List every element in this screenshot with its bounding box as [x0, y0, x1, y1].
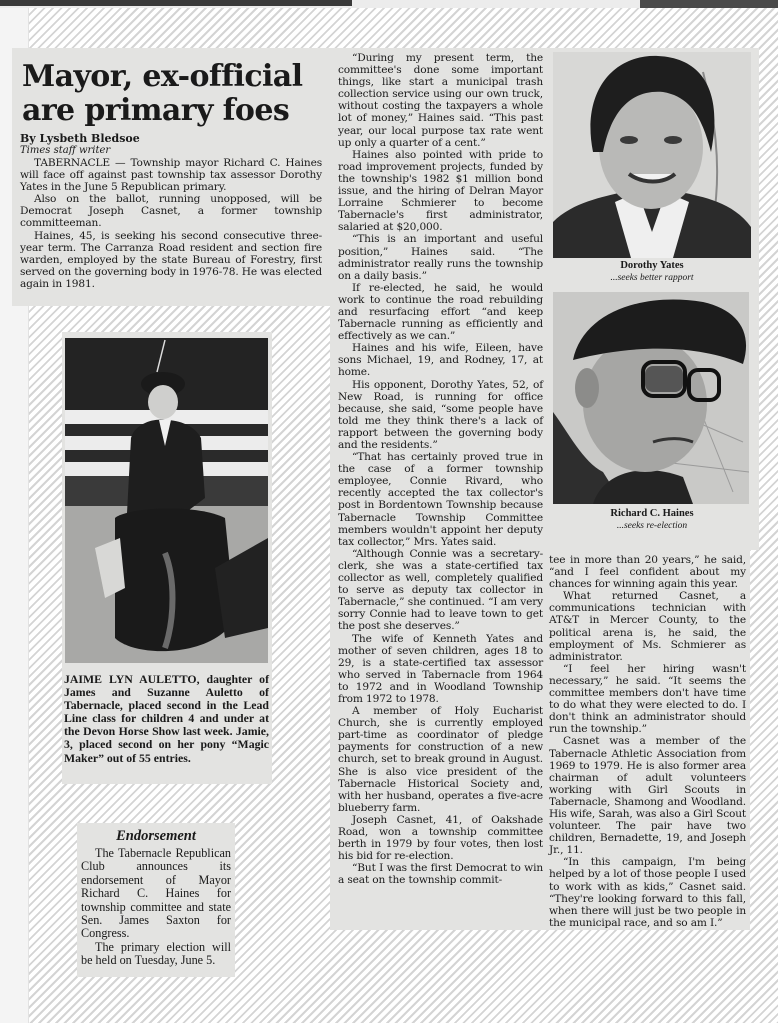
- paragraph: Also on the ballot, running unopposed, w…: [20, 193, 322, 229]
- adjacent-clipping-edge: [0, 0, 352, 6]
- horse-show-photo: [65, 338, 268, 663]
- article-column-3: tee in more than 20 years,” he said, “an…: [549, 554, 746, 929]
- endorsement-clipping: Endorsement The Tabernacle Republican Cl…: [77, 823, 235, 977]
- paragraph: TABERNACLE — Township mayor Richard C. H…: [20, 157, 322, 193]
- yates-photo-clipping: Dorothy Yates ...seeks better rapport: [545, 48, 759, 288]
- adjacent-clipping-edge: [640, 0, 778, 8]
- photo-caption-name: Richard C. Haines: [545, 508, 759, 519]
- article-column-3-clipping: tee in more than 20 years,” he said, “an…: [545, 550, 750, 930]
- paragraph: What returned Casnet, a communications t…: [549, 590, 746, 663]
- paragraph: “But I was the first Democrat to win a s…: [338, 862, 543, 886]
- paragraph: Haines also pointed with pride to road i…: [338, 149, 543, 234]
- paragraph: The Tabernacle Republican Club announces…: [81, 847, 231, 941]
- haines-photo-clipping: Richard C. Haines ...seeks re-election: [545, 288, 759, 550]
- paragraph: “Although Connie was a secretary-clerk, …: [338, 548, 543, 633]
- byline: By Lysbeth Bledsoe: [20, 132, 322, 145]
- endorsement-text: The Tabernacle Republican Club announces…: [81, 847, 231, 968]
- headline-line-1: Mayor, ex-official: [22, 60, 322, 94]
- article-column-2: “During my present term, the committee's…: [338, 52, 543, 886]
- endorsement-title: Endorsement: [81, 828, 231, 845]
- paragraph: A member of Holy Eucharist Church, she i…: [338, 705, 543, 814]
- paragraph: Casnet was a member of the Tabernacle At…: [549, 735, 746, 856]
- top-edge-strip: [0, 0, 778, 8]
- byline-title: Times staff writer: [20, 145, 322, 156]
- paragraph: Haines, 45, is seeking his second consec…: [20, 230, 322, 290]
- paragraph: “During my present term, the committee's…: [338, 52, 543, 149]
- paragraph: “This is an important and useful positio…: [338, 233, 543, 281]
- photo-caption-subtitle: ...seeks better rapport: [545, 273, 759, 283]
- photo-caption-name: Dorothy Yates: [545, 260, 759, 271]
- portrait-woman-icon: [553, 52, 751, 258]
- paragraph: Joseph Casnet, 41, of Oakshade Road, won…: [338, 814, 543, 862]
- paragraph: The wife of Kenneth Yates and mother of …: [338, 633, 543, 706]
- headline-clipping: Mayor, ex-official are primary foes By L…: [12, 48, 330, 306]
- article-column-1: TABERNACLE — Township mayor Richard C. H…: [20, 157, 322, 290]
- richard-haines-photo: [553, 292, 749, 504]
- portrait-man-icon: [553, 292, 749, 504]
- article-column-2-clipping: “During my present term, the committee's…: [330, 48, 550, 930]
- paragraph: tee in more than 20 years,” he said, “an…: [549, 554, 746, 590]
- headline: Mayor, ex-official are primary foes: [22, 60, 322, 128]
- headline-line-2: are primary foes: [22, 94, 322, 128]
- paragraph: If re-elected, he said, he would work to…: [338, 282, 543, 342]
- photo-caption-subtitle: ...seeks re-election: [545, 521, 759, 531]
- paragraph: “I feel her hiring wasn't necessary,” he…: [549, 663, 746, 736]
- paragraph: Haines and his wife, Eileen, have sons M…: [338, 342, 543, 378]
- child-on-pony-icon: [65, 338, 268, 663]
- paragraph: “In this campaign, I'm being helped by a…: [549, 856, 746, 929]
- jaime-auletto-clipping: JAIME LYN AULETTO, daughter of James and…: [62, 332, 272, 784]
- paragraph: His opponent, Dorothy Yates, 52, of New …: [338, 379, 543, 452]
- dorothy-yates-photo: [553, 52, 751, 258]
- paragraph: The primary election will be held on Tue…: [81, 941, 231, 968]
- paragraph: “That has certainly proved true in the c…: [338, 451, 543, 548]
- photo-caption: JAIME LYN AULETTO, daughter of James and…: [64, 673, 269, 765]
